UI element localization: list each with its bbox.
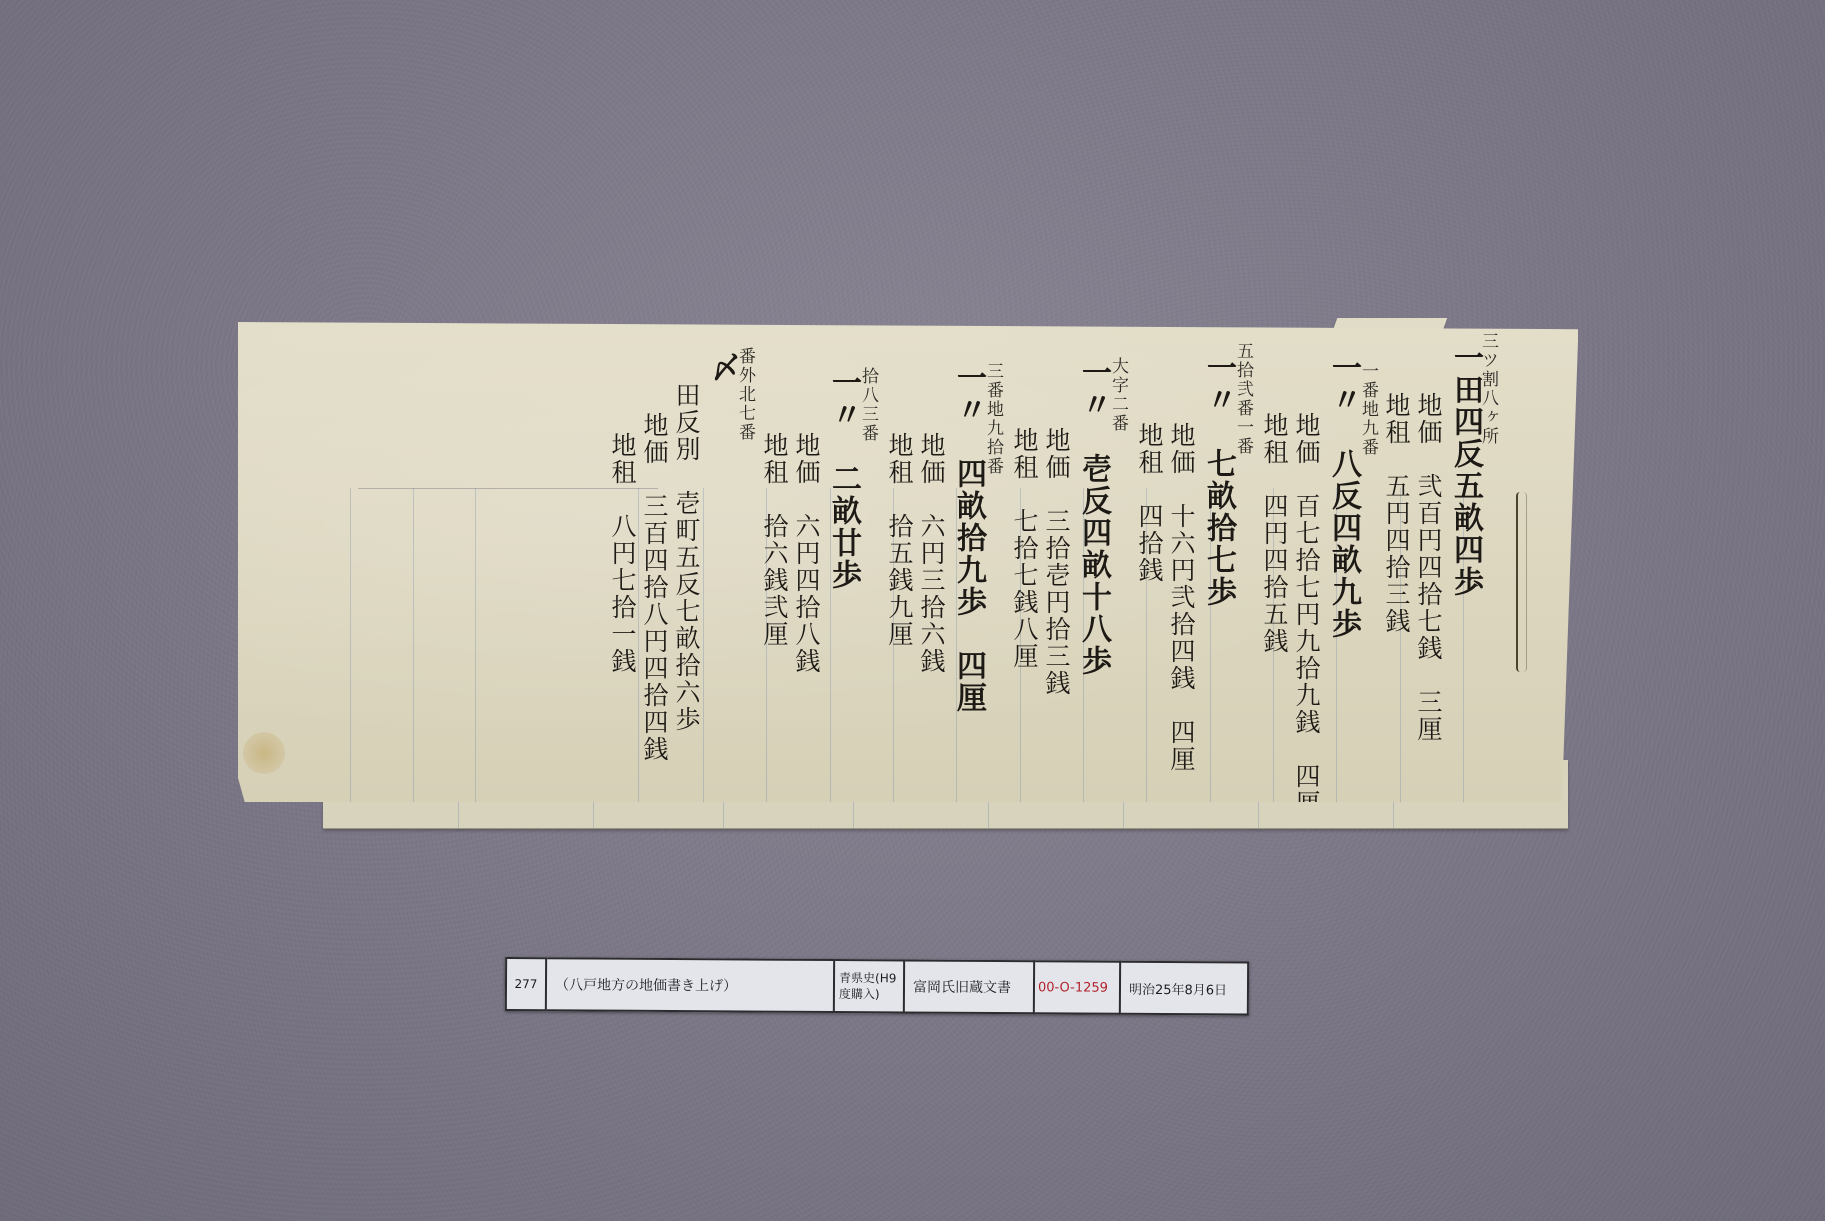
handwritten-entry: 一〃 八反四畝九歩 xyxy=(1321,352,1365,640)
handwritten-total-mark: 〆 xyxy=(700,352,744,384)
acquisition-source-text: 青県史(H9度購入) xyxy=(839,970,897,1002)
handwritten-value-line: 地価 三拾壱円拾三銭 xyxy=(1038,427,1074,697)
handwritten-value-line: 地価 弐百円四拾七銭 三厘 xyxy=(1410,392,1446,743)
handwritten-entry: 一〃 七畝拾七歩 xyxy=(1196,352,1240,608)
catalog-label: 277 （八戸地方の地価書き上げ） 青県史(H9度購入) 富岡氏旧蔵文書 00-… xyxy=(505,957,1249,1016)
handwritten-tax-line: 地租 七拾七銭八厘 xyxy=(1006,427,1042,670)
handwritten-entry: 一〃 壱反四畝十八歩 xyxy=(1071,357,1115,677)
handwritten-entry: 一田四反五畝四歩 xyxy=(1443,342,1487,598)
handwritten-tax-line: 地租 五円四拾三銭 xyxy=(1378,392,1414,635)
handwritten-value-line: 地価 十六円弐拾四銭 四厘 xyxy=(1163,422,1199,773)
handwritten-tax-line: 地租 四円四拾五銭 xyxy=(1256,412,1292,655)
ruled-line xyxy=(413,488,414,802)
handwritten-value-line: 地価 六円三拾六銭 xyxy=(913,432,949,675)
handwritten-tax-line: 地租 拾五銭九厘 xyxy=(881,432,917,648)
handwritten-tax-line: 地租 四拾銭 xyxy=(1131,422,1167,584)
collection-name: 富岡氏旧蔵文書 xyxy=(905,959,1035,1014)
catalog-number: 277 xyxy=(505,957,547,1011)
ruled-line xyxy=(350,488,351,802)
handwritten-value-line: 地価 百七拾七円九拾九銭 四厘 xyxy=(1288,412,1324,817)
handwritten-entry: 一〃 二畝廿歩 xyxy=(821,367,865,591)
handwritten-total-value: 地価 三百四拾八円四拾四銭 xyxy=(636,412,672,763)
fold-crease xyxy=(1516,492,1527,672)
handwritten-value-line: 地価 六円四拾八銭 xyxy=(788,432,824,675)
handwritten-tax-line: 地租 拾六銭弐厘 xyxy=(756,432,792,648)
water-stain xyxy=(243,732,285,774)
handwritten-document-sheet: 三ツ割八ヶ所 一田四反五畝四歩 地価 弐百円四拾七銭 三厘 地租 五円四拾三銭 … xyxy=(238,322,1578,802)
acquisition-source: 青県史(H9度購入) xyxy=(835,959,905,1013)
document-id: 00-O-1259 xyxy=(1035,960,1121,1015)
ruled-line xyxy=(475,488,476,802)
handwritten-total-tax: 地租 八円七拾一銭 xyxy=(604,432,640,675)
handwritten-entry: 一〃 四畝拾九歩 四厘 xyxy=(946,362,990,714)
document-date: 明治25年8月6日 xyxy=(1121,961,1249,1016)
document-title: （八戸地方の地価書き上げ） xyxy=(547,957,835,1013)
handwritten-total-area: 田反別 壱町五反七畝拾六歩 xyxy=(668,382,704,733)
